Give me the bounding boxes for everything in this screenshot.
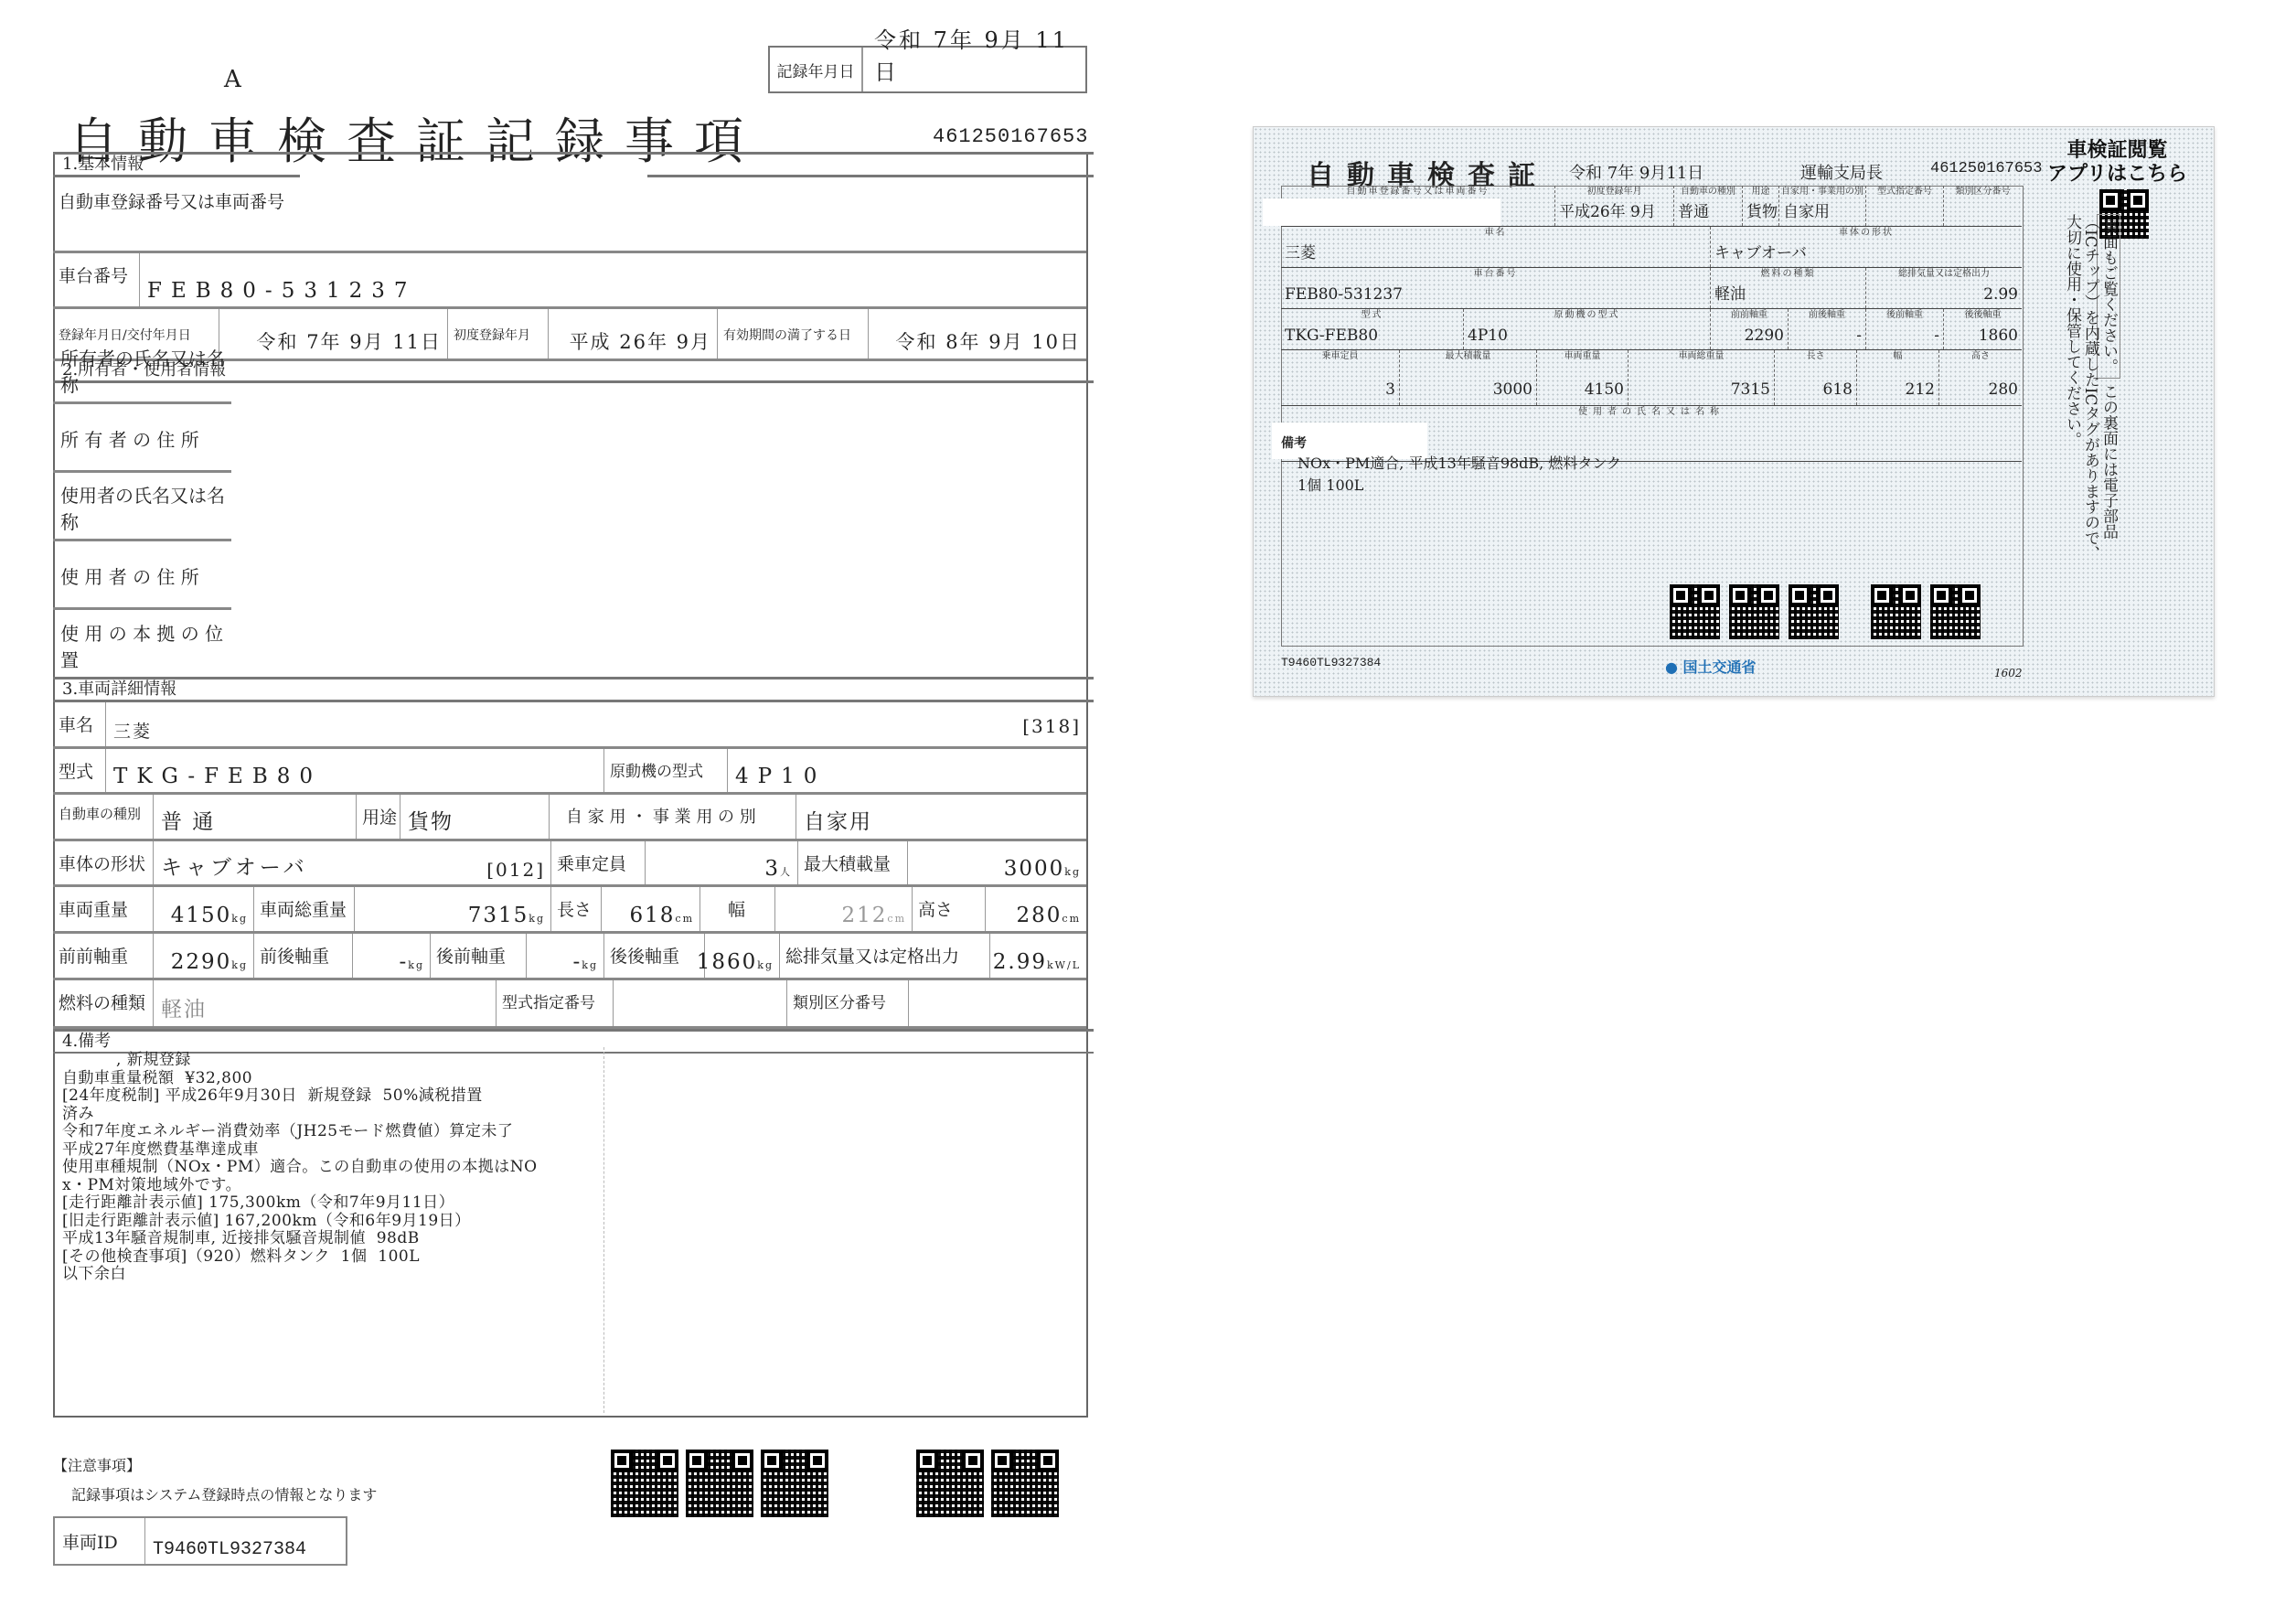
- card-head-model: 型式: [1281, 309, 1463, 322]
- card-gross: 7315: [1629, 376, 1774, 403]
- user-name-label: 使用者の氏名又は名称: [53, 476, 231, 541]
- card-type: 普通: [1674, 198, 1742, 226]
- reg-number-label: 自動車登録番号又は車両番号: [59, 188, 284, 213]
- type-value: 普 通: [161, 805, 215, 835]
- model-row: 型式 TKG-FEB80 原動機の型式 4P10: [53, 749, 1086, 795]
- car-name-code: [318]: [1022, 715, 1081, 737]
- card-fr-axle: -: [1789, 322, 1865, 349]
- reg-number-row: 自動車登録番号又は車両番号: [53, 177, 1086, 253]
- card-ff-axle: 2290: [1711, 322, 1788, 349]
- body-label: 車体の形状: [59, 851, 145, 875]
- card-head-car-name: 車名: [1281, 227, 1710, 240]
- section-vehicle-heading: 3.車両詳細情報: [53, 677, 1094, 702]
- weight-label: 車両重量: [59, 896, 128, 921]
- section-remarks-heading: 4.備考: [53, 1029, 1094, 1054]
- card-displacement: 2.99: [1866, 281, 2022, 308]
- card-rr-axle: 1860: [1944, 322, 2022, 349]
- engine-label: 原動機の型式: [610, 758, 703, 781]
- record-document: A 記録年月日 令和 7年 9月 11日 自動車検査証記録事項 46125016…: [0, 0, 1143, 1605]
- ff-axle-label: 前前軸重: [59, 943, 128, 968]
- length-label: 長さ: [557, 896, 592, 921]
- fr-axle-label: 前後軸重: [260, 943, 329, 968]
- card-head-category: 類別区分番号: [1944, 186, 2022, 198]
- redacted-area: [1263, 198, 1500, 226]
- card-head-displacement: 総排気量又は定格出力: [1866, 268, 2022, 281]
- app-banner-line2: アプリはこちら: [2047, 162, 2187, 186]
- type-designation-label: 型式指定番号: [502, 990, 595, 1012]
- qr-code-icon: [1670, 584, 1720, 639]
- card-head-type: 自動車の種別: [1674, 186, 1742, 198]
- vehicle-id-value: T9460TL9327384: [145, 1518, 346, 1564]
- card-first-reg: 平成26年 9月: [1555, 198, 1673, 226]
- height-label: 高さ: [918, 896, 953, 921]
- use-value: 貨物: [408, 805, 454, 835]
- card-model: TKG-FEB80: [1281, 322, 1463, 349]
- fuel-value: 軽油: [161, 992, 207, 1022]
- card-row-chassis: 車台番号FEB80-531237 燃料の種類軽油 総排気量又は定格出力2.99: [1281, 268, 2022, 309]
- weight-value: 4150kg: [171, 904, 248, 927]
- fr-axle-value: -kg: [400, 950, 425, 974]
- chassis-value: FEB80-531237: [147, 279, 417, 303]
- card-table: 自動車登録番号又は車両番号 初度登録年月平成26年 9月 自動車の種別普通 用途…: [1281, 186, 2022, 462]
- qr-code-icon: [1789, 584, 1839, 639]
- model-label: 型式: [59, 758, 93, 783]
- card-row-dims: 乗車定員3 最大積載量3000 車両重量4150 車両総重量7315 長さ618…: [1281, 350, 2022, 406]
- card-head-chassis: 車台番号: [1281, 268, 1710, 281]
- car-name-row: 車名 三菱 [318]: [53, 702, 1086, 749]
- card-head-capacity: 乗車定員: [1281, 350, 1399, 363]
- card-head-width: 幅: [1857, 350, 1938, 363]
- base-location-label: 使 用 の 本 拠 の 位 置: [53, 613, 231, 679]
- ic-notice-boxed: 裏面もご覧ください。: [2097, 214, 2120, 379]
- card-remarks-heading: 備考: [1281, 433, 1307, 452]
- rf-axle-label: 後前軸重: [436, 943, 506, 968]
- max-load-value: 3000kg: [1004, 857, 1081, 881]
- card-fuel: 軽油: [1711, 281, 1865, 308]
- expiry-value: 令和 8年 9月 10日: [896, 327, 1081, 355]
- ministry-icon: ●: [1665, 658, 1678, 676]
- private-value: 自家用: [804, 805, 872, 835]
- card-office: 運輸支局長: [1800, 160, 1883, 184]
- ministry-logo: ● 国土交通省: [1665, 656, 1757, 677]
- card-vehicle-id: T9460TL9327384: [1281, 656, 1381, 669]
- card-max-load: 3000: [1400, 376, 1536, 403]
- qr-code-icon: [761, 1450, 828, 1517]
- body-value: キャブオーバ: [161, 851, 308, 881]
- user-address-label: 使 用 者 の 住 所: [53, 544, 231, 610]
- engine-value: 4P10: [735, 765, 826, 788]
- card-row-name: 車名三菱 車体の形状キャブオーバ: [1281, 227, 2022, 268]
- expiry-label: 有効期間の満了する日: [723, 326, 851, 344]
- notes-heading: 【注意事項】: [53, 1454, 141, 1475]
- first-reg-label: 初度登録年月: [454, 326, 530, 344]
- vehicle-inspection-card: 自動車検査証 令和 7年 9月11日 運輸支局長 461250167653 車検…: [1253, 126, 2215, 697]
- width-label: 幅: [728, 896, 745, 921]
- gross-label: 車両総重量: [260, 896, 347, 921]
- rr-axle-value: 1860kg: [697, 950, 774, 974]
- remarks-text: , 新規登録 自動車重量税額 ¥32,800 [24年度税制] 平成26年9月3…: [62, 1052, 538, 1284]
- rr-axle-label: 後後軸重: [610, 943, 679, 968]
- card-head-fr-axle: 前後軸重: [1789, 309, 1865, 322]
- ic-notice: 裏面もご覧ください。 この裏面には電子部品（ICチップ）を内蔵したICタグがあり…: [2063, 214, 2118, 562]
- card-width: 212: [1857, 376, 1938, 403]
- card-engine: 4P10: [1464, 322, 1710, 349]
- category-label: 類別区分番号: [793, 990, 886, 1012]
- qr-code-icon: [991, 1450, 1059, 1517]
- private-label: 自 家 用 ・ 事 業 用 の 別: [566, 804, 756, 828]
- card-head-weight: 車両重量: [1537, 350, 1628, 363]
- card-head-engine: 原動機の型式: [1464, 309, 1710, 322]
- capacity-label: 乗車定員: [557, 851, 626, 875]
- app-banner-line1: 車検証閲覧: [2047, 138, 2187, 162]
- remarks-divider: [603, 1047, 604, 1413]
- card-head-body: 車体の形状: [1711, 227, 2022, 240]
- card-document-number: 461250167653: [1930, 160, 2042, 177]
- axle-row: 前前軸重 2290kg 前後軸重 -kg 後前軸重 -kg 後後軸重 1860k…: [53, 934, 1086, 980]
- card-head-reg-number: 自動車登録番号又は車両番号: [1281, 186, 1554, 198]
- first-reg-value: 平成 26年 9月: [570, 327, 711, 355]
- gross-value: 7315kg: [468, 904, 545, 927]
- owner-name-label: 所有者の氏名又は名称: [53, 338, 231, 404]
- height-value: 280cm: [1017, 904, 1082, 927]
- card-head-rr-axle: 後後軸重: [1944, 309, 2022, 322]
- card-head-max-load: 最大積載量: [1400, 350, 1536, 363]
- card-head-length: 長さ: [1775, 350, 1856, 363]
- use-label: 用途: [362, 804, 397, 829]
- length-value: 618cm: [630, 904, 695, 927]
- card-head-user-name: 使用者の氏名又は名称: [1281, 406, 2022, 419]
- notes-text: 記録事項はシステム登録時点の情報となります: [71, 1483, 377, 1504]
- qr-code-icon: [1729, 584, 1779, 639]
- chassis-label: 車台番号: [59, 262, 128, 287]
- record-date-label: 記録年月日: [770, 48, 863, 91]
- car-name-label: 車名: [59, 712, 93, 736]
- vehicle-id-box: 車両ID T9460TL9327384: [53, 1516, 347, 1566]
- card-serial: 1602: [1994, 667, 2023, 679]
- displacement-value: 2.99kW/L: [993, 950, 1081, 974]
- card-rf-axle: -: [1866, 322, 1943, 349]
- record-date-box: 記録年月日 令和 7年 9月 11日: [768, 46, 1087, 93]
- app-banner[interactable]: 車検証閲覧 アプリはこちら: [2047, 138, 2187, 186]
- card-height: 280: [1939, 376, 2022, 403]
- displacement-label: 総排気量又は定格出力: [785, 943, 959, 968]
- card-use: 貨物: [1743, 198, 1778, 226]
- ministry-name: 国土交通省: [1683, 658, 1757, 676]
- vehicle-id-label: 車両ID: [55, 1518, 145, 1564]
- card-head-use: 用途: [1743, 186, 1778, 198]
- card-head-type-designation: 型式指定番号: [1866, 186, 1943, 198]
- card-head-private: 自家用・事業用の別: [1779, 186, 1865, 198]
- card-head-first-reg: 初度登録年月: [1555, 186, 1673, 198]
- record-date-value: 令和 7年 9月 11日: [863, 48, 1085, 91]
- card-length: 618: [1775, 376, 1856, 403]
- card-head-gross: 車両総重量: [1629, 350, 1774, 363]
- form-mark: A: [224, 66, 241, 93]
- type-label: 自動車の種別: [59, 804, 141, 823]
- card-row-reg: 自動車登録番号又は車両番号 初度登録年月平成26年 9月 自動車の種別普通 用途…: [1281, 186, 2022, 227]
- max-load-label: 最大積載量: [804, 851, 891, 875]
- card-head-rf-axle: 後前軸重: [1866, 309, 1943, 322]
- owner-address-label: 所 有 者 の 住 所: [53, 407, 231, 473]
- qr-code-icon: [1930, 584, 1981, 639]
- model-value: TKG-FEB80: [113, 765, 322, 788]
- document-number: 461250167653: [933, 125, 1088, 148]
- card-head-fuel: 燃料の種類: [1711, 268, 1865, 281]
- chassis-row: 車台番号 FEB80-531237: [53, 253, 1086, 309]
- card-capacity: 3: [1281, 376, 1399, 403]
- car-name-value: 三菱: [113, 718, 152, 743]
- capacity-value: 3人: [764, 857, 792, 881]
- qr-code-icon: [916, 1450, 984, 1517]
- card-chassis: FEB80-531237: [1281, 281, 1710, 308]
- card-date: 令和 7年 9月11日: [1569, 160, 1703, 184]
- type-row: 自動車の種別 普 通 用途 貨物 自 家 用 ・ 事 業 用 の 別 自家用: [53, 795, 1086, 841]
- fuel-label: 燃料の種類: [59, 990, 145, 1014]
- card-head-ff-axle: 前前軸重: [1711, 309, 1788, 322]
- card-remarks: NOx・PM適合, 平成13年騒音98dB, 燃料タンク 1個 100L: [1298, 453, 1621, 497]
- rf-axle-value: -kg: [573, 950, 599, 974]
- card-car-name: 三菱: [1281, 240, 1710, 267]
- qr-code-icon: [686, 1450, 753, 1517]
- redacted-area: [300, 174, 647, 219]
- width-value: 212cm: [842, 904, 907, 927]
- card-body: キャブオーバ: [1711, 240, 2022, 267]
- fuel-row: 燃料の種類 軽油 型式指定番号 類別区分番号: [53, 980, 1086, 1029]
- reg-date-value: 令和 7年 9月 11日: [257, 327, 442, 355]
- card-weight: 4150: [1537, 376, 1628, 403]
- qr-code-icon: [611, 1450, 678, 1517]
- body-code: [012]: [486, 859, 545, 881]
- body-row: 車体の形状 キャブオーバ [012] 乗車定員 3人 最大積載量 3000kg: [53, 841, 1086, 887]
- card-row-model: 型式TKG-FEB80 原動機の型式4P10 前前軸重2290 前後軸重- 後前…: [1281, 309, 2022, 350]
- weight-row: 車両重量 4150kg 車両総重量 7315kg 長さ 618cm 幅 212c…: [53, 887, 1086, 934]
- ff-axle-value: 2290kg: [171, 950, 248, 974]
- qr-code-icon: [1871, 584, 1921, 639]
- card-private: 自家用: [1779, 198, 1865, 226]
- card-head-height: 高さ: [1939, 350, 2022, 363]
